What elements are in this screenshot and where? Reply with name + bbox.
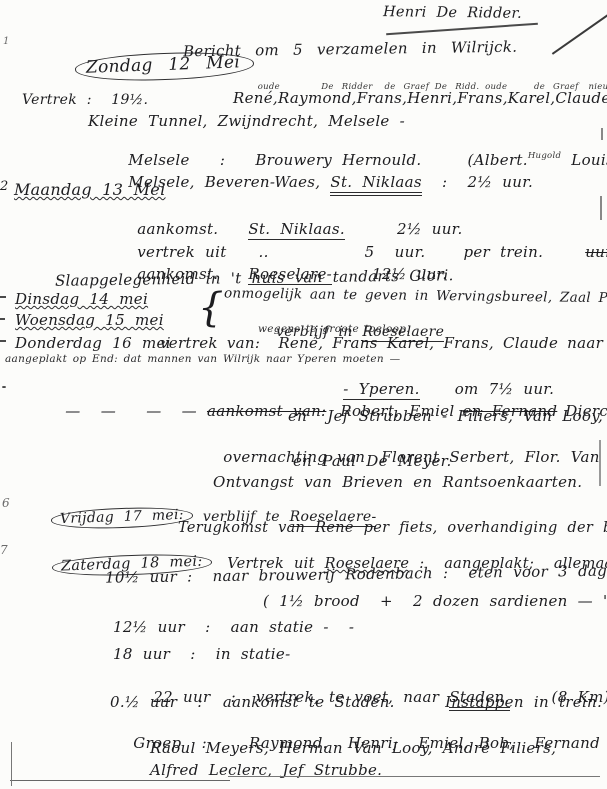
day1-note: Bericht om 5 verzamelen in Wilrijck. xyxy=(183,38,518,61)
day5-overnight-2: en Paul De Meyer. xyxy=(293,452,452,470)
name-henri: De Ridd.Henri, xyxy=(407,82,457,107)
day6-line: Vrijdag 17 mei:verblijf te Roeselaere- xyxy=(12,492,376,544)
struck-word: uur xyxy=(585,243,607,261)
day5-departure: vertrek van: René, Frans Karel, Frans, C… xyxy=(160,334,603,352)
scan-border-bottom-right xyxy=(228,776,600,777)
margin-ink-mark-2 xyxy=(0,318,5,320)
signature-flourish xyxy=(386,23,538,35)
margin-ink-mark-4 xyxy=(2,386,6,388)
day6-return: Terugkomst van René per fiets, overhandi… xyxy=(178,520,607,536)
departure-names: oudeRené, De RidderRaymond, de GraefFran… xyxy=(233,82,605,107)
page-corner-crease xyxy=(552,7,607,54)
day2-date: Maandag 13 Mei xyxy=(14,180,166,199)
day7-time-4: 0.½ uur : aankomst te Staden. Instappen … xyxy=(110,693,602,711)
day5-receipt: Ontvangst van Brieven en Rantsoenkaarten… xyxy=(213,473,582,491)
margin-number-7: 7 xyxy=(0,543,8,557)
day5-arrival-2: en Jef Strubben - Filiers, Van Looy, xyxy=(288,407,603,425)
town-st-niklaas: St. Niklaas xyxy=(330,173,422,196)
margin-ink-mark-3 xyxy=(0,340,6,342)
day6-date: Vrijdag 17 mei: xyxy=(51,506,193,531)
route-line-1: Kleine Tunnel, Zwijndrecht, Melsele - xyxy=(88,112,405,130)
scan-border-bottom-left xyxy=(10,780,230,781)
name-karel: de GraefKarel, xyxy=(508,82,556,107)
page-edge-mark-1 xyxy=(601,128,603,140)
group-line-2: Raoul Meyers, Herman Van Looy, André Fil… xyxy=(150,739,556,757)
day3-date: Dinsdag 14 mei xyxy=(15,290,148,308)
name-frans2: oudeFrans, xyxy=(457,82,507,107)
day5-date: Donderdag 16 mei xyxy=(15,334,171,352)
margin-number-6: 6 xyxy=(2,496,10,510)
name-rene: oudeRené, xyxy=(233,82,278,107)
day7-time-1: 12½ uur : aan statie - - xyxy=(113,618,354,636)
name-raymond: De RidderRaymond, xyxy=(278,82,357,107)
day4-date: Woensdag 15 mei xyxy=(15,311,164,329)
name-claude: nieuwkomerClaude. xyxy=(555,82,607,107)
margin-number-1: 1 xyxy=(3,36,10,47)
curly-brace: { xyxy=(198,285,224,331)
scan-border-left xyxy=(11,742,12,786)
day7-food: ( 1½ brood + 2 dozen sardienen — ' xyxy=(263,592,607,610)
page-edge-mark-3 xyxy=(599,440,601,486)
margin-number-2: 2 xyxy=(0,179,9,194)
page-edge-mark-2 xyxy=(600,196,602,220)
day7-time-2: 18 uur : in statie- xyxy=(113,645,290,663)
scanned-page: Henri De Ridder. 1 Zondag 12 Mei Bericht… xyxy=(0,0,607,789)
name-frans1: de GraefFrans, xyxy=(357,82,407,107)
signature: Henri De Ridder. xyxy=(383,4,522,22)
departure-label: Vertrek : 19½. xyxy=(22,92,148,108)
margin-ink-mark-1 xyxy=(0,296,6,298)
day34-text-a: onmogelijk aan te geven in Wervingsburee… xyxy=(224,285,607,306)
